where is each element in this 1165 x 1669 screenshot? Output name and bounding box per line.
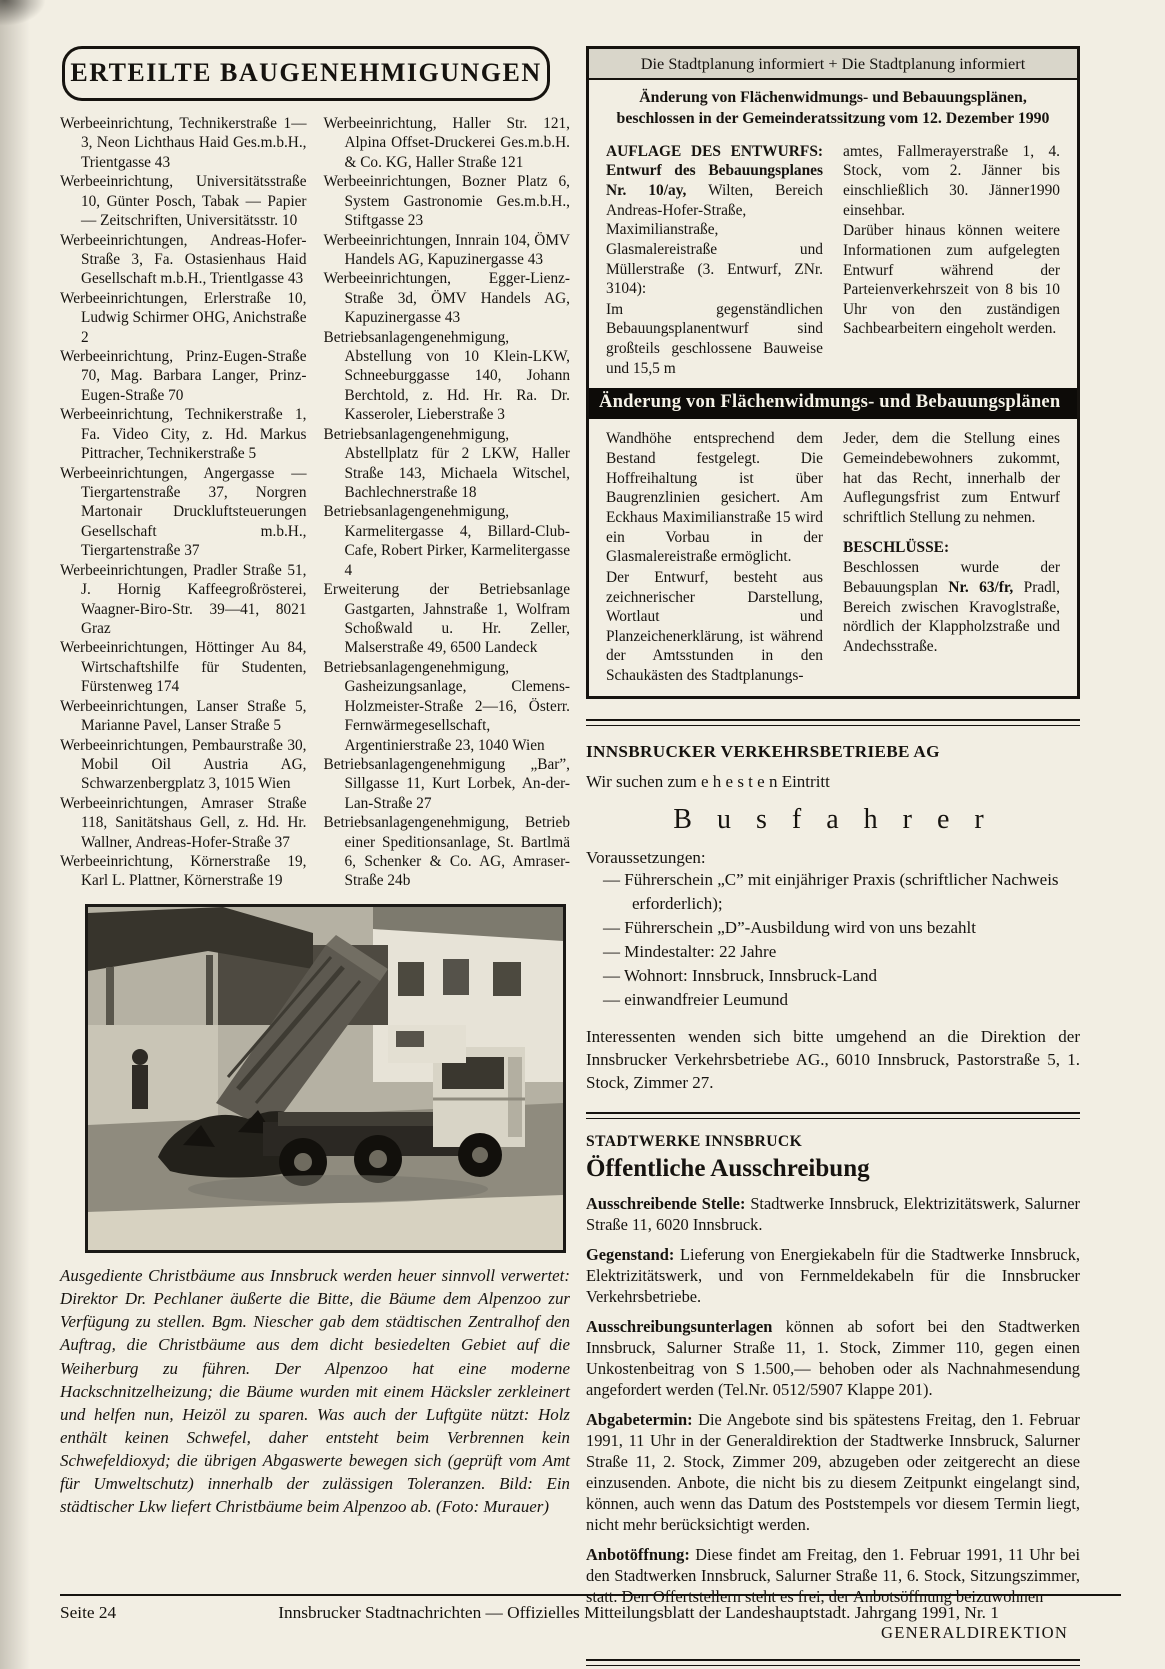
- scan-smudge: [0, 0, 46, 26]
- section-title-bar: Änderung von Flächenwidmungs- und Bebauu…: [589, 388, 1077, 419]
- page-number: Seite 24: [60, 1603, 116, 1623]
- permit-entry: Werbeeinrichtungen, Lanser Straße 5, Mar…: [60, 697, 307, 736]
- photo-christmas-tree-truck: [85, 904, 566, 1253]
- divider-rule: [586, 719, 1080, 726]
- permits-list: Werbeeinrichtung, Technikerstraße 1—3, N…: [60, 114, 570, 891]
- lower-columns: Wandhöhe entsprechend dem Bestand festge…: [589, 419, 1077, 695]
- permits-title: ERTEILTE BAUGENEHMIGUNGEN: [70, 58, 541, 87]
- verkehrsbetriebe-ad: INNSBRUCKER VERKEHRSBETRIEBE AG Wir such…: [586, 742, 1080, 1095]
- ivb-requirements-list: — Führerschein „C” mit einjähriger Praxi…: [586, 868, 1080, 1013]
- paragraph-lead: Anbotöffnung:: [586, 1545, 690, 1564]
- newspaper-page: ERTEILTE BAUGENEHMIGUNGEN Werbeeinrichtu…: [0, 0, 1165, 1669]
- permit-entry: Werbeeinrichtungen, Andreas-Hofer-Straße…: [60, 231, 307, 289]
- left-column: ERTEILTE BAUGENEHMIGUNGEN Werbeeinrichtu…: [60, 44, 570, 1666]
- permit-entry: Werbeeinrichtungen, Pembaurstraße 30, Mo…: [60, 736, 307, 794]
- intro-line-1: Änderung von Flächenwidmungs- und Bebauu…: [639, 89, 1027, 106]
- paragraph-lead: Ausschreibungsunterlagen: [586, 1317, 772, 1336]
- permit-entry: Werbeeinrichtung, Haller Str. 121, Alpin…: [324, 114, 571, 172]
- lower-left-2: Der Entwurf, besteht aus zeichnerischer …: [606, 568, 823, 686]
- ivb-heading: INNSBRUCKER VERKEHRSBETRIEBE AG: [586, 742, 1080, 762]
- permit-entry: Werbeeinrichtungen, Pradler Straße 51, J…: [60, 561, 307, 639]
- photo-caption: Ausgediente Christbäume aus Innsbruck we…: [60, 1264, 570, 1519]
- beschluesse-heading: BESCHLÜSSE:: [843, 538, 1060, 558]
- paragraph-lead: Abgabetermin:: [586, 1410, 693, 1429]
- paragraph-lead: Ausschreibende Stelle:: [586, 1194, 745, 1213]
- stadtplanung-box: Die Stadtplanung informiert + Die Stadtp…: [586, 46, 1080, 699]
- permit-entry: Betriebsanlagengenehmigung, Betrieb eine…: [324, 813, 571, 891]
- beschluesse-plan-number: Nr. 63/fr,: [948, 579, 1013, 596]
- permits-title-box: ERTEILTE BAUGENEHMIGUNGEN: [62, 46, 550, 101]
- permit-entry: Betriebsanlagengenehmigung „Bar”, Sillga…: [324, 755, 571, 813]
- permit-entry: Werbeeinrichtungen, Innrain 104, ÖMV Han…: [324, 231, 571, 270]
- permit-entry: Werbeeinrichtung, Körnerstraße 19, Karl …: [60, 852, 307, 891]
- photo-illustration: [88, 907, 563, 1250]
- permit-entry: Werbeeinrichtung, Technikerstraße 1—3, N…: [60, 114, 307, 172]
- permit-entry: Betriebsanlagengenehmigung, Abstellplatz…: [324, 425, 571, 503]
- stadtwerke-paragraph: Abgabetermin: Die Angebote sind bis spät…: [586, 1409, 1080, 1535]
- auflage-right-column: amtes, Fallmerayerstraße 1, 4. Stock, vo…: [843, 142, 1060, 379]
- permit-entry: Werbeeinrichtungen, Egger-Lienz-Straße 3…: [324, 269, 571, 327]
- stadtwerke-paragraph: Ausschreibende Stelle: Stadtwerke Innsbr…: [586, 1193, 1080, 1235]
- permit-entry: Betriebsanlagengenehmigung, Gasheizungsa…: [324, 658, 571, 755]
- stadtwerke-ad: STADTWERKE INNSBRUCK Öffentliche Ausschr…: [586, 1133, 1080, 1643]
- lower-right-1: Jeder, dem die Stellung eines Gemeindebe…: [843, 429, 1060, 527]
- auflage-heading: AUFLAGE DES ENTWURFS:: [606, 143, 823, 160]
- permits-column-1: Werbeeinrichtung, Technikerstraße 1—3, N…: [60, 114, 307, 891]
- permit-entry: Werbeeinrichtung, Technikerstraße 1, Fa.…: [60, 405, 307, 463]
- right-column: Die Stadtplanung informiert + Die Stadtp…: [586, 44, 1080, 1666]
- auflage-right-2: Darüber hinaus können weitere Informatio…: [843, 221, 1060, 339]
- permit-entry: Betriebsanlagengenehmigung, Karmeliterga…: [324, 502, 571, 580]
- ivb-contact: Interessenten wenden sich bitte umgehend…: [586, 1026, 1080, 1094]
- ivb-requirement-item: — Führerschein „C” mit einjähriger Praxi…: [586, 868, 1080, 916]
- stadtplanung-intro: Änderung von Flächenwidmungs- und Bebauu…: [589, 80, 1077, 132]
- lower-left-1: Wandhöhe entsprechend dem Bestand festge…: [606, 429, 823, 566]
- permit-entry: Betriebsanlagengenehmigung, Abstellung v…: [324, 328, 571, 425]
- permits-column-2: Werbeeinrichtung, Haller Str. 121, Alpin…: [324, 114, 571, 891]
- stadtwerke-title: Öffentliche Ausschreibung: [586, 1155, 1080, 1183]
- permit-entry: Erweiterung der Betriebsanlage Gastgarte…: [324, 580, 571, 658]
- ivb-job-title: B u s f a h r e r: [586, 804, 1080, 836]
- ivb-requirement-item: — Wohnort: Innsbruck, Innsbruck-Land: [586, 964, 1080, 988]
- auflage-left-column: AUFLAGE DES ENTWURFS: Entwurf des Bebauu…: [606, 142, 823, 379]
- ivb-intro: Wir suchen zum e h e s t e n Eintritt: [586, 772, 1080, 792]
- permit-entry: Werbeeinrichtungen, Angergasse — Tiergar…: [60, 464, 307, 561]
- auflage-right-1: amtes, Fallmerayerstraße 1, 4. Stock, vo…: [843, 142, 1060, 221]
- permit-entry: Werbeeinrichtung, Universitätsstraße 10,…: [60, 172, 307, 230]
- auflage-text-2: Im gegenständlichen Bebauungsplanentwurf…: [606, 300, 823, 379]
- beschluesse-paragraph: Beschlossen wurde der Bebauungsplan Nr. …: [843, 558, 1060, 656]
- ivb-requirement-item: — Mindestalter: 22 Jahre: [586, 940, 1080, 964]
- paragraph-lead: Gegenstand:: [586, 1245, 674, 1264]
- auflage-paragraph: AUFLAGE DES ENTWURFS: Entwurf des Bebauu…: [606, 142, 823, 299]
- page-footer: Seite 24 Innsbrucker Stadtnachrichten — …: [60, 1594, 1121, 1623]
- lower-right-column: Jeder, dem die Stellung eines Gemeindebe…: [843, 429, 1060, 685]
- page-content: ERTEILTE BAUGENEHMIGUNGEN Werbeeinrichtu…: [0, 0, 1165, 1666]
- lower-left-column: Wandhöhe entsprechend dem Bestand festge…: [606, 429, 823, 685]
- auflage-columns: AUFLAGE DES ENTWURFS: Entwurf des Bebauu…: [589, 132, 1077, 389]
- stadtwerke-signoff: GENERALDIREKTION: [586, 1623, 1080, 1643]
- divider-rule: [586, 1659, 1080, 1666]
- permit-entry: Werbeeinrichtung, Prinz-Eugen-Straße 70,…: [60, 347, 307, 405]
- ivb-requirements-label: Voraussetzungen:: [586, 848, 1080, 868]
- ivb-requirement-item: — einwandfreier Leumund: [586, 988, 1080, 1012]
- stadtwerke-paragraph: Ausschreibungsunterlagen können ab sofor…: [586, 1316, 1080, 1400]
- intro-line-2: beschlossen in der Gemeinderatssitzung v…: [617, 110, 1050, 127]
- stadtwerke-kicker: STADTWERKE INNSBRUCK: [586, 1133, 1080, 1151]
- issue-line: Innsbrucker Stadtnachrichten — Offiziell…: [116, 1603, 1121, 1623]
- auflage-text-1: Wilten, Bereich Andreas-Hofer-Straße, Ma…: [606, 182, 823, 297]
- permit-entry: Werbeeinrichtungen, Erlerstraße 10, Ludw…: [60, 289, 307, 347]
- permit-entry: Werbeeinrichtungen, Bozner Platz 6, Syst…: [324, 172, 571, 230]
- stadtplanung-header-bar: Die Stadtplanung informiert + Die Stadtp…: [589, 49, 1077, 80]
- permit-entry: Werbeeinrichtungen, Amraser Straße 118, …: [60, 794, 307, 852]
- ivb-requirement-item: — Führerschein „D”-Ausbildung wird von u…: [586, 916, 1080, 940]
- stadtwerke-paragraphs: Ausschreibende Stelle: Stadtwerke Innsbr…: [586, 1193, 1080, 1607]
- stadtwerke-paragraph: Gegenstand: Lieferung von Energiekabeln …: [586, 1244, 1080, 1307]
- permit-entry: Werbeeinrichtungen, Höttinger Au 84, Wir…: [60, 638, 307, 696]
- divider-rule: [586, 1112, 1080, 1119]
